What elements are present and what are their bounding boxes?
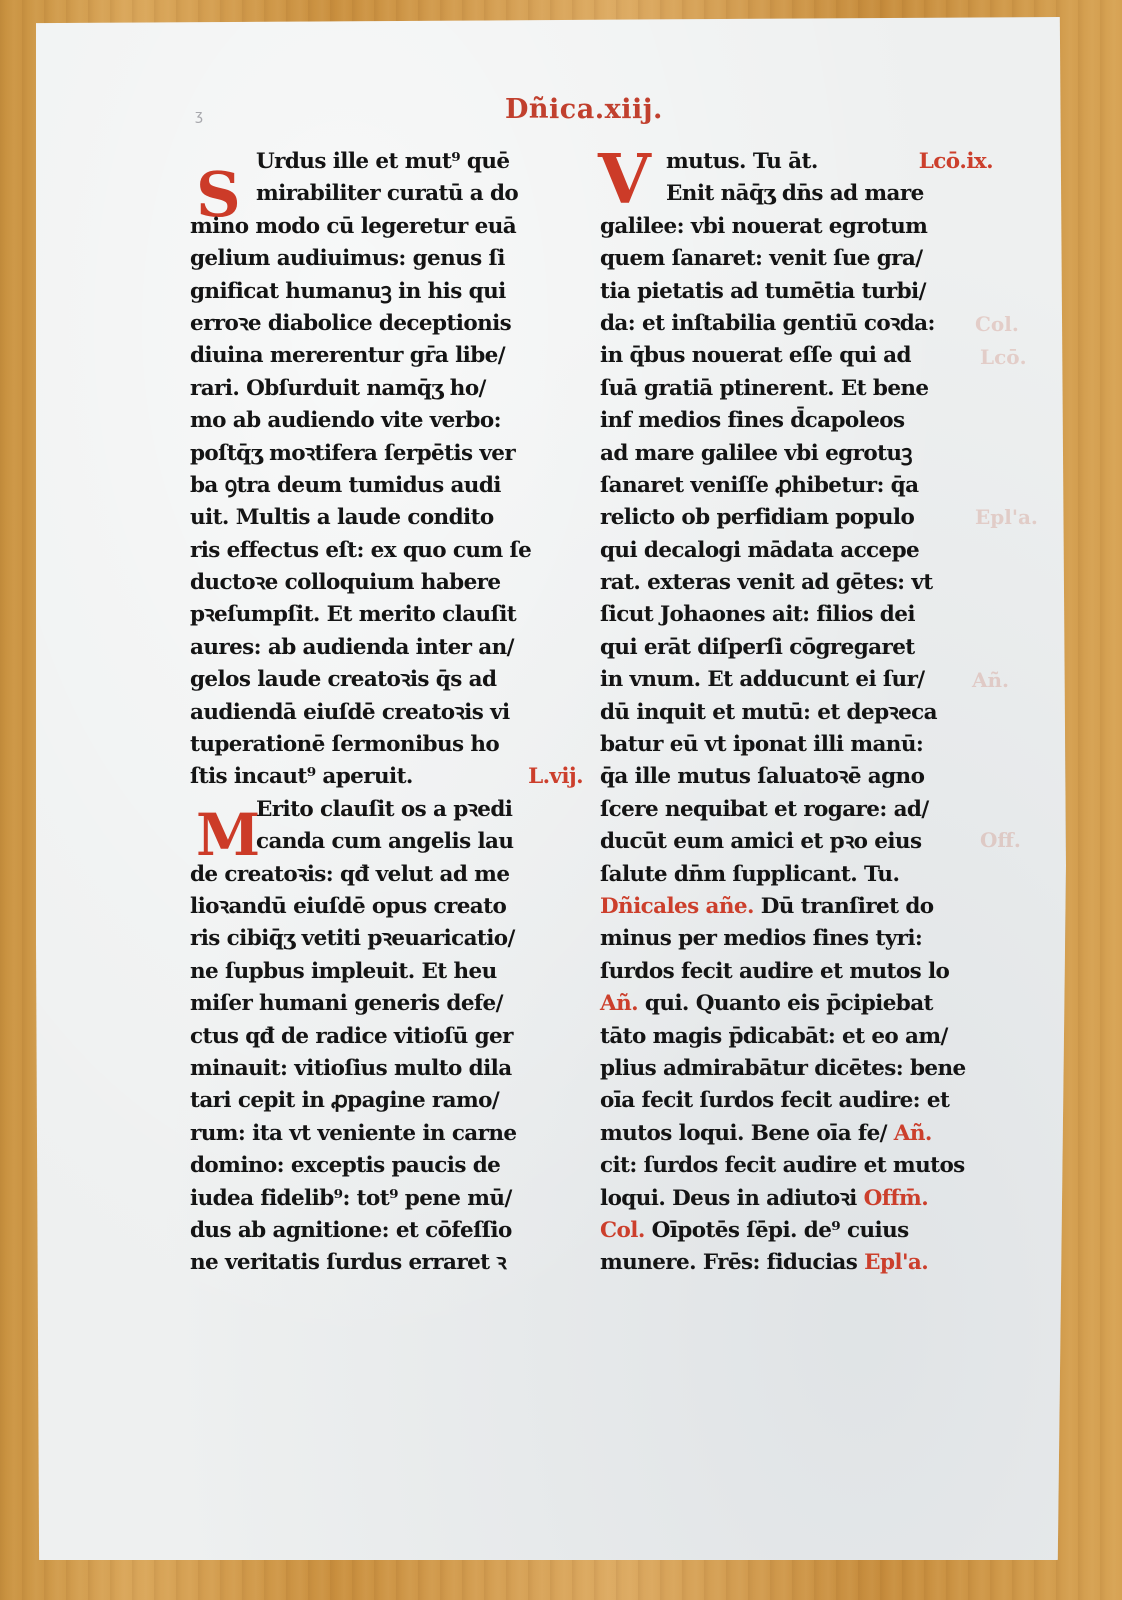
text-line: ſcere nequibat et rogare: ad/ bbox=[600, 794, 985, 826]
text-line: miſer humani generis defe/ bbox=[190, 988, 575, 1020]
text-line: ſalute dn̄m ſupplicant. Tu. bbox=[600, 859, 985, 891]
rubric-epistola: Epl'a. bbox=[864, 1250, 928, 1275]
text-line: inf medios fines d̄capoleos bbox=[600, 405, 985, 437]
rubric-collecta: Col. bbox=[600, 1218, 645, 1243]
text-fragment: mutus. Tu āt. bbox=[666, 149, 818, 174]
text-line: oīa fecit ſurdos fecit audire: et bbox=[600, 1085, 985, 1117]
text-line: ſurdos fecit audire et mutos lo bbox=[600, 956, 985, 988]
rubric-antiphona: Añ. bbox=[894, 1121, 932, 1146]
text-line: erroꝛe diabolice deceptionis bbox=[190, 308, 575, 340]
text-line: in q̄bus nouerat eſſe qui ad bbox=[600, 340, 985, 372]
text-line: cit: ſurdos fecit audire et mutos bbox=[600, 1150, 985, 1182]
text-fragment: Dū tranſiret do bbox=[761, 894, 934, 919]
text-line: Erito clauſit os a pꝛedi bbox=[190, 794, 575, 826]
text-fragment: qui. Quanto eis p̄cipiebat bbox=[645, 991, 933, 1016]
text-line: minauit: vitioſius multo dila bbox=[190, 1053, 575, 1085]
text-line-with-rubric: Añ. qui. Quanto eis p̄cipiebat bbox=[600, 988, 985, 1020]
text-line: ne veritatis ſurdus erraret ꝛ bbox=[190, 1247, 575, 1279]
text-line: ris effectus eſt: ex quo cum ſe bbox=[190, 535, 575, 567]
rubric-lectio-ix: Lcō.ix. bbox=[919, 146, 993, 178]
text-line: de creatoꝛis: qđ velut ad me bbox=[190, 859, 575, 891]
text-line: mo ab audiendo vite verbo: bbox=[190, 405, 575, 437]
text-line: ris cibiq̄ʒ vetiti pꝛeuaricatio/ bbox=[190, 923, 575, 955]
text-line: tia pietatis ad tumētia turbi/ bbox=[600, 276, 985, 308]
text-fragment: mutos loqui. Bene oīa fe/ bbox=[600, 1121, 887, 1146]
text-fragment: ſtis incaut⁹ aperuit. bbox=[190, 764, 413, 789]
text-line: Enit nāq̄ʒ dn̄s ad mare bbox=[600, 178, 985, 210]
text-line: q̄a ille mutus ſaluatoꝛē agno bbox=[600, 761, 985, 793]
text-fragment: munere. Frēs: fiducias bbox=[600, 1250, 857, 1275]
text-line: tāto magis p̄dicabāt: et eo am/ bbox=[600, 1021, 985, 1053]
text-line-with-rubric: mutos loqui. Bene oīa fe/ Añ. bbox=[600, 1118, 985, 1150]
text-line: ne ſupbus impleuit. Et heu bbox=[190, 956, 575, 988]
offset-ghost-rubric: Lcō. bbox=[980, 345, 1027, 369]
text-line: rat. exteras venit ad gētes: vt bbox=[600, 567, 985, 599]
text-line: batur eū vt iponat illi manū: bbox=[600, 729, 985, 761]
text-line: qui erāt diſperſi cōgregaret bbox=[600, 632, 985, 664]
text-line: in vnum. Et adducunt ei ſur/ bbox=[600, 664, 985, 696]
text-line: uit. Multis a laude condito bbox=[190, 502, 575, 534]
text-line: ſuā gratiā ptinerent. Et bene bbox=[600, 373, 985, 405]
text-line: plius admirabātur dicētes: bene bbox=[600, 1053, 985, 1085]
text-line-with-rubric: Col. Oīpotēs ſēpi. de⁹ cuius bbox=[600, 1215, 985, 1247]
text-line: gelos laude creatoꝛis q̄s ad bbox=[190, 664, 575, 696]
running-head: Dñica.xiij. bbox=[505, 94, 663, 125]
text-line: canda cum angelis lau bbox=[190, 826, 575, 858]
text-line: ducūt eum amici et pꝛo eius bbox=[600, 826, 985, 858]
text-line: da: et inſtabilia gentiū coꝛda: bbox=[600, 308, 985, 340]
text-line: diuina mererentur gr̄a libe/ bbox=[190, 340, 575, 372]
rubric-lectio-vii: L.vij. bbox=[528, 761, 583, 793]
text-line: pꝛeſumpſit. Et merito clauſit bbox=[190, 599, 575, 631]
text-line: ſicut Johaones ait: filios dei bbox=[600, 599, 985, 631]
text-line: iudea fidelib⁹: tot⁹ pene mū/ bbox=[190, 1183, 575, 1215]
text-line: quem ſanaret: venit ſue gra/ bbox=[600, 243, 985, 275]
text-line: tuperationē ſermonibus ho bbox=[190, 729, 575, 761]
text-line: ctus qđ de radice vitioſū ger bbox=[190, 1021, 575, 1053]
text-line: gelium audiuimus: genus ſi bbox=[190, 243, 575, 275]
text-line: ſanaret veniſſe ꝓhibetur: q̄a bbox=[600, 470, 985, 502]
text-line: gnificat humanuꝫ in his qui bbox=[190, 276, 575, 308]
pencil-mark: ʒ bbox=[195, 108, 203, 124]
rubric-dominicales: Dñicales añe. bbox=[600, 894, 754, 919]
text-line-with-rubric: munere. Frēs: fiducias Epl'a. bbox=[600, 1247, 985, 1279]
text-line: dū inquit et mutū: et depꝛeca bbox=[600, 697, 985, 729]
right-text-column: mutus. Tu āt. Lcō.ix. Enit nāq̄ʒ dn̄s ad… bbox=[600, 146, 985, 1280]
text-line: ba ꝯtra deum tumidus audi bbox=[190, 470, 575, 502]
text-line: minus per medios fines tyri: bbox=[600, 923, 985, 955]
text-line-with-rubric: loqui. Deus in adiutoꝛi Offm̄. bbox=[600, 1183, 985, 1215]
text-fragment: loqui. Deus in adiutoꝛi bbox=[600, 1186, 857, 1211]
text-line: audiendā eiuſdē creatoꝛis vi bbox=[190, 697, 575, 729]
text-line: tari cepit in ꝓpagine ramo/ bbox=[190, 1085, 575, 1117]
text-line: rari. Obſurduit namq̄ʒ ho/ bbox=[190, 373, 575, 405]
text-line: mirabiliter curatū a do bbox=[190, 178, 575, 210]
text-line-with-rubric: mutus. Tu āt. Lcō.ix. bbox=[600, 146, 985, 178]
text-line: ductoꝛe colloquium habere bbox=[190, 567, 575, 599]
text-fragment: Oīpotēs ſēpi. de⁹ cuius bbox=[652, 1218, 909, 1243]
text-line: domino: exceptis paucis de bbox=[190, 1150, 575, 1182]
text-line: lioꝛandū eiuſdē opus creato bbox=[190, 891, 575, 923]
text-line: relicto ob perfidiam populo bbox=[600, 502, 985, 534]
text-line-with-rubric: Dñicales añe. Dū tranſiret do bbox=[600, 891, 985, 923]
left-text-column: Urdus ille et mut⁹ quē mirabiliter curat… bbox=[190, 146, 575, 1280]
text-line: aures: ab audienda inter an/ bbox=[190, 632, 575, 664]
text-line: galilee: vbi nouerat egrotum bbox=[600, 211, 985, 243]
text-line: rum: ita vt veniente in carne bbox=[190, 1118, 575, 1150]
text-line: poſtq̄ʒ moꝛtifera ſerpētis ver bbox=[190, 438, 575, 470]
text-line: mino modo cū legeretur euā bbox=[190, 211, 575, 243]
text-line: dus ab agnitione: et cōfeſſio bbox=[190, 1215, 575, 1247]
text-line: qui decalogi mādata accepe bbox=[600, 535, 985, 567]
rubric-offertorium: Offm̄. bbox=[864, 1186, 928, 1211]
text-line-with-rubric: ſtis incaut⁹ aperuit.L.vij. bbox=[190, 761, 575, 793]
offset-ghost-rubric: Off. bbox=[980, 828, 1021, 852]
rubric-antiphona: Añ. bbox=[600, 991, 638, 1016]
text-line: ad mare galilee vbi egrotuꝫ bbox=[600, 438, 985, 470]
text-line: Urdus ille et mut⁹ quē bbox=[190, 146, 575, 178]
